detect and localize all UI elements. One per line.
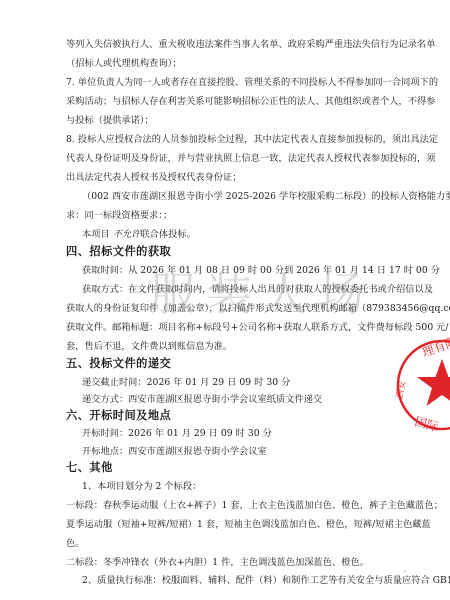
consortium-prefix: 本项目 — [82, 229, 110, 240]
lot1-line: 一标段：春秋季运动服（上衣+裤子）1 套，上衣主色浅蓝加白色、橙色，裤子主色藏蓝… — [66, 500, 378, 512]
text-line: 与投标（提供承诺）； — [66, 115, 378, 127]
lot1-line: 色。 — [66, 538, 378, 550]
text-line: 7. 单位负责人为同一人或者存在直接控股、管理关系的不同投标人不得参加同一合同项… — [66, 77, 378, 89]
document-page: 等列入失信被执行人、重大税收违法案件当事人名单、政府采购严重违法失信行为记录名单… — [0, 0, 450, 600]
submit-method: 递交方式：西安市莲湖区报恩寺街小学会议室纸质文件递交 — [82, 394, 378, 406]
other-item-1: 1、本项目划分为 2 个标段： — [82, 481, 378, 493]
company-seal-icon: 理有限公 西安 国际 — [394, 337, 450, 433]
text-line: 等列入失信被执行人、重大税收违法案件当事人名单、政府采购严重违法失信行为记录名单 — [66, 39, 378, 51]
qualification-line: 求：同一标段资格要求：； — [66, 210, 378, 222]
text-line: 采购活动；与招标人存在利害关系可能影响招标公正性的法人、其他组织或者个人，不得参 — [66, 96, 378, 108]
section-heading-4: 四、招标文件的获取 — [66, 246, 378, 258]
svg-text:国际: 国际 — [413, 414, 441, 433]
svg-text:理有限公: 理有限公 — [420, 337, 450, 360]
lot1-line: 夏季运动服（短袖+短裤/短裙）1 套，短袖主色调浅蓝加白色、橙色，短裤/短裙主色… — [66, 519, 378, 531]
consortium-emphasis: 不允许 — [113, 229, 141, 240]
other-item-2: 2、质量执行标准：校服面料、辅料、配件（料）和制作工艺等有关安全与质量应符合 G… — [82, 575, 378, 587]
section-heading-7: 七、其他 — [66, 462, 378, 474]
opening-time: 开标时间：2026 年 01 月 29 日 09 时 30 分 — [82, 428, 378, 440]
text-line: （招标人或代理机构查询）； — [66, 58, 378, 70]
watermark: 服装人场 — [150, 258, 374, 324]
consortium-line: 本项目 不允许联合体投标。 — [82, 229, 378, 241]
submit-deadline: 递交截止时间：2026 年 01 月 29 日 09 时 30 分 — [82, 377, 378, 389]
scan-speck — [404, 570, 406, 572]
section-heading-6: 六、开标时间及地点 — [66, 410, 378, 422]
text-line: 8. 投标人应授权合法的人员参加投标全过程，其中法定代表人直接参加投标的，须出具… — [66, 134, 378, 146]
lot2-line: 二标段：冬季冲锋衣（外衣+内胆）1 件，主色调浅蓝色加深蓝色、橙色。 — [66, 557, 378, 569]
opening-place: 开标地点：西安市莲湖区报恩寺街小学会议室 — [82, 446, 378, 458]
text-line: 出具法定代表人授权书及授权代表身份证； — [66, 172, 378, 184]
consortium-suffix: 联合体投标。 — [140, 229, 195, 240]
acquire-method-line: 套，售后不退，文件费以到账信息为准。 — [66, 341, 378, 353]
svg-text:西安: 西安 — [394, 380, 408, 400]
qualification-line: （002 西安市莲湖区报恩寺街小学 2025-2026 学年校服采购二标段）的投… — [82, 191, 378, 203]
text-line: 代表人身份证明及身份证，并与营业执照上信息一致，法定代表人授权代表参加投标的，须 — [66, 153, 378, 165]
section-heading-5: 五、投标文件的递交 — [66, 358, 378, 370]
